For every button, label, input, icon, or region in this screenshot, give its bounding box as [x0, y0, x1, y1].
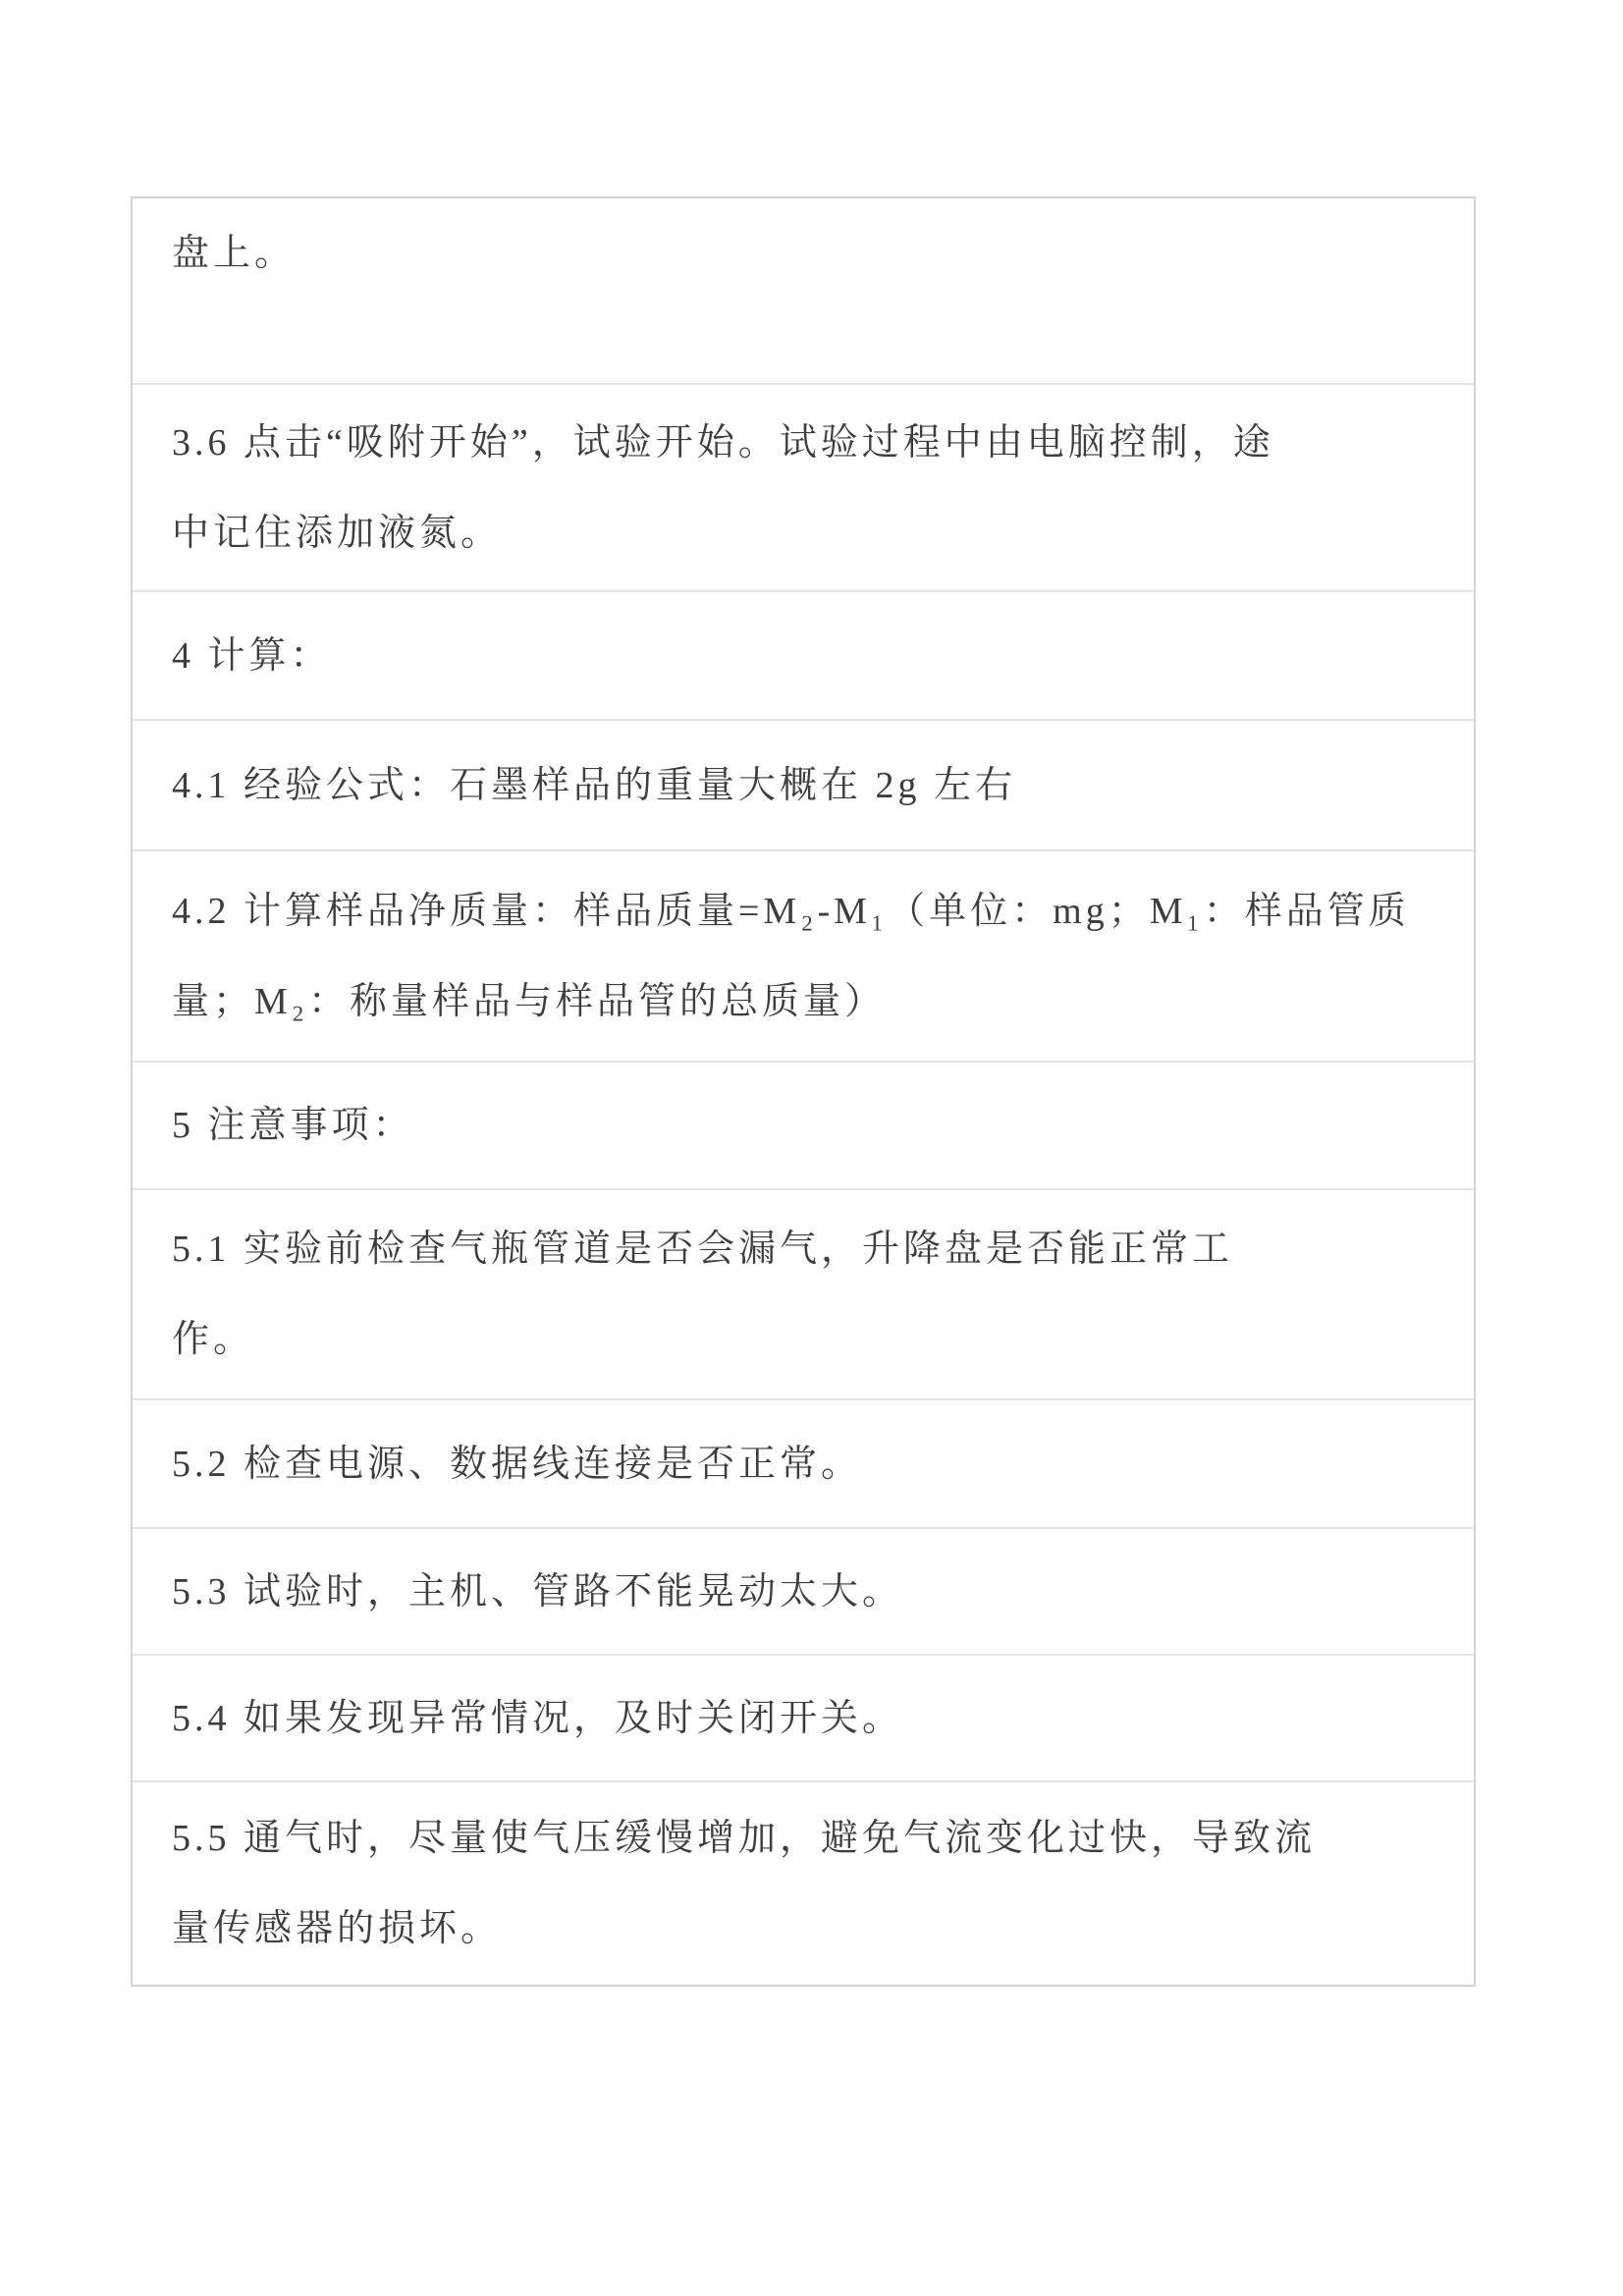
procedure-table: 盘上。 3.6 点击“吸附开始”，试验开始。试验过程中由电脑控制，途 中记住添加… — [131, 196, 1476, 1987]
table-row: 5.3 试验时，主机、管路不能晃动太大。 — [133, 1527, 1474, 1654]
cell-text: 4.1 经验公式：石墨样品的重量大概在 2g 左右 — [172, 740, 1016, 831]
cell-text: 5.2 检查电源、数据线连接是否正常。 — [172, 1419, 862, 1509]
table-row: 4.1 经验公式：石墨样品的重量大概在 2g 左右 — [133, 719, 1474, 849]
cell-text: 4 计算： — [172, 611, 332, 701]
cell-text: 5.5 通气时，尽量使气压缓慢增加，避免气流变化过快，导致流 量传感器的损坏。 — [172, 1793, 1316, 1974]
table-row: 5.1 实验前检查气瓶管道是否会漏气，升降盘是否能正常工 作。 — [133, 1188, 1474, 1398]
cell-text: 5.1 实验前检查气瓶管道是否会漏气，升降盘是否能正常工 作。 — [172, 1204, 1233, 1385]
table-row: 5 注意事项： — [133, 1061, 1474, 1188]
table-row: 4 计算： — [133, 590, 1474, 719]
cell-text: 盘上。 — [172, 208, 296, 299]
cell-text: 5.3 试验时，主机、管路不能晃动太大。 — [172, 1547, 903, 1637]
document-page: 盘上。 3.6 点击“吸附开始”，试验开始。试验过程中由电脑控制，途 中记住添加… — [0, 0, 1623, 2296]
table-row: 5.2 检查电源、数据线连接是否正常。 — [133, 1398, 1474, 1527]
table-row: 5.5 通气时，尽量使气压缓慢增加，避免气流变化过快，导致流 量传感器的损坏。 — [133, 1780, 1474, 1985]
table-row: 3.6 点击“吸附开始”，试验开始。试验过程中由电脑控制，途 中记住添加液氮。 — [133, 383, 1474, 590]
cell-text: 3.6 点击“吸附开始”，试验开始。试验过程中由电脑控制，途 中记住添加液氮。 — [172, 398, 1274, 578]
cell-text: 5.4 如果发现异常情况，及时关闭开关。 — [172, 1673, 903, 1764]
table-row: 4.2 计算样品净质量：样品质量=M₂-M₁（单位：mg；M₁：样品管质 量；M… — [133, 849, 1474, 1061]
cell-text: 4.2 计算样品净质量：样品质量=M₂-M₁（单位：mg；M₁：样品管质 量；M… — [172, 866, 1410, 1047]
table-row: 5.4 如果发现异常情况，及时关闭开关。 — [133, 1654, 1474, 1780]
cell-text: 5 注意事项： — [172, 1080, 414, 1171]
table-row: 盘上。 — [133, 198, 1474, 383]
